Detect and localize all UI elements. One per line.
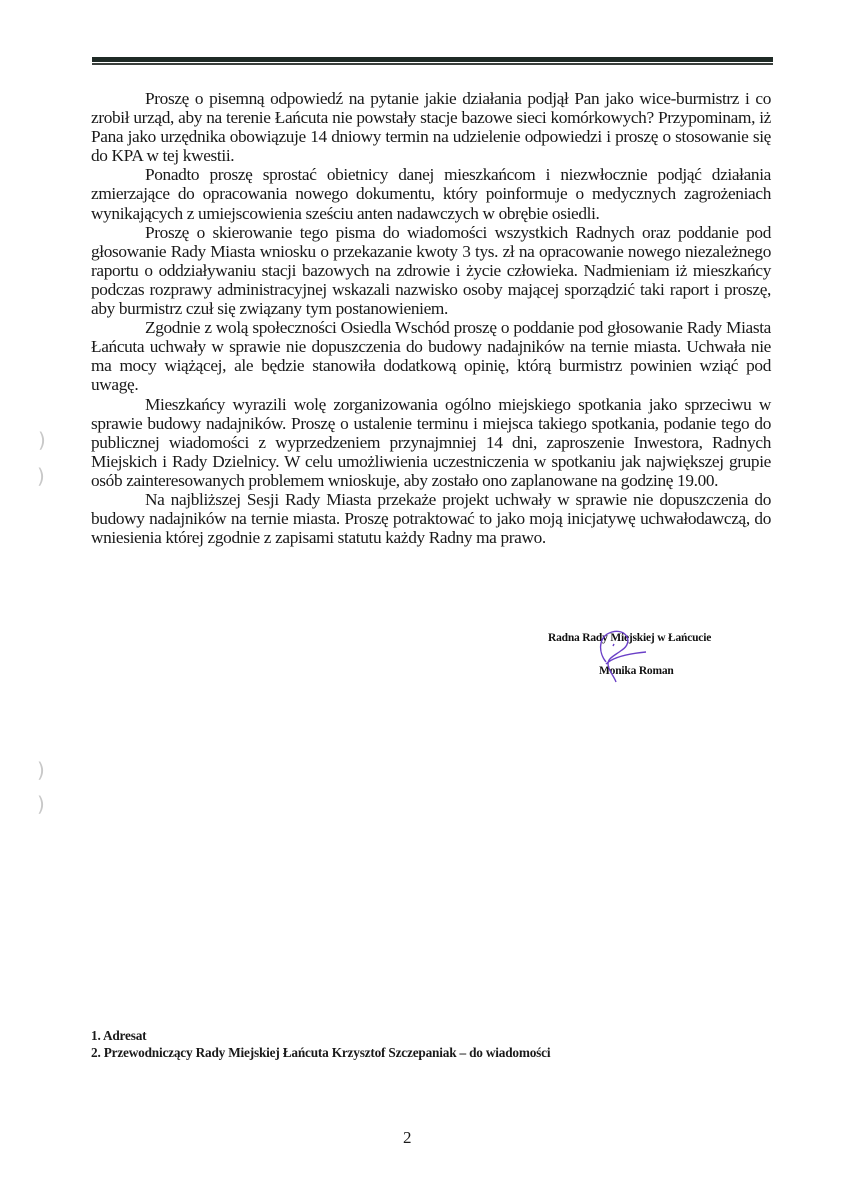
scan-margin-mark: ): [38, 428, 46, 452]
paragraph: Proszę o pisemną odpowiedź na pytanie ja…: [91, 89, 771, 165]
paragraph: Proszę o skierowanie tego pisma do wiado…: [91, 223, 771, 318]
distribution-item: 1. Adresat: [91, 1027, 550, 1044]
scan-margin-mark: ): [37, 758, 45, 782]
distribution-list: 1. Adresat 2. Przewodniczący Rady Miejsk…: [91, 1027, 550, 1061]
paragraph: Zgodnie z wolą społeczności Osiedla Wsch…: [91, 318, 771, 394]
handwritten-signature-icon: [568, 624, 658, 684]
letter-body: Proszę o pisemną odpowiedź na pytanie ja…: [91, 89, 771, 547]
paragraph: Na najbliższej Sesji Rady Miasta przekaż…: [91, 490, 771, 547]
paragraph: Ponadto proszę sprostać obietnicy danej …: [91, 165, 771, 222]
paragraph: Mieszkańcy wyrazili wolę zorganizowania …: [91, 395, 771, 490]
page-number: 2: [403, 1128, 412, 1148]
scan-margin-mark: ): [37, 464, 45, 488]
distribution-item: 2. Przewodniczący Rady Miejskiej Łańcuta…: [91, 1044, 550, 1061]
scan-margin-mark: ): [37, 792, 45, 816]
header-rule: [92, 57, 773, 66]
